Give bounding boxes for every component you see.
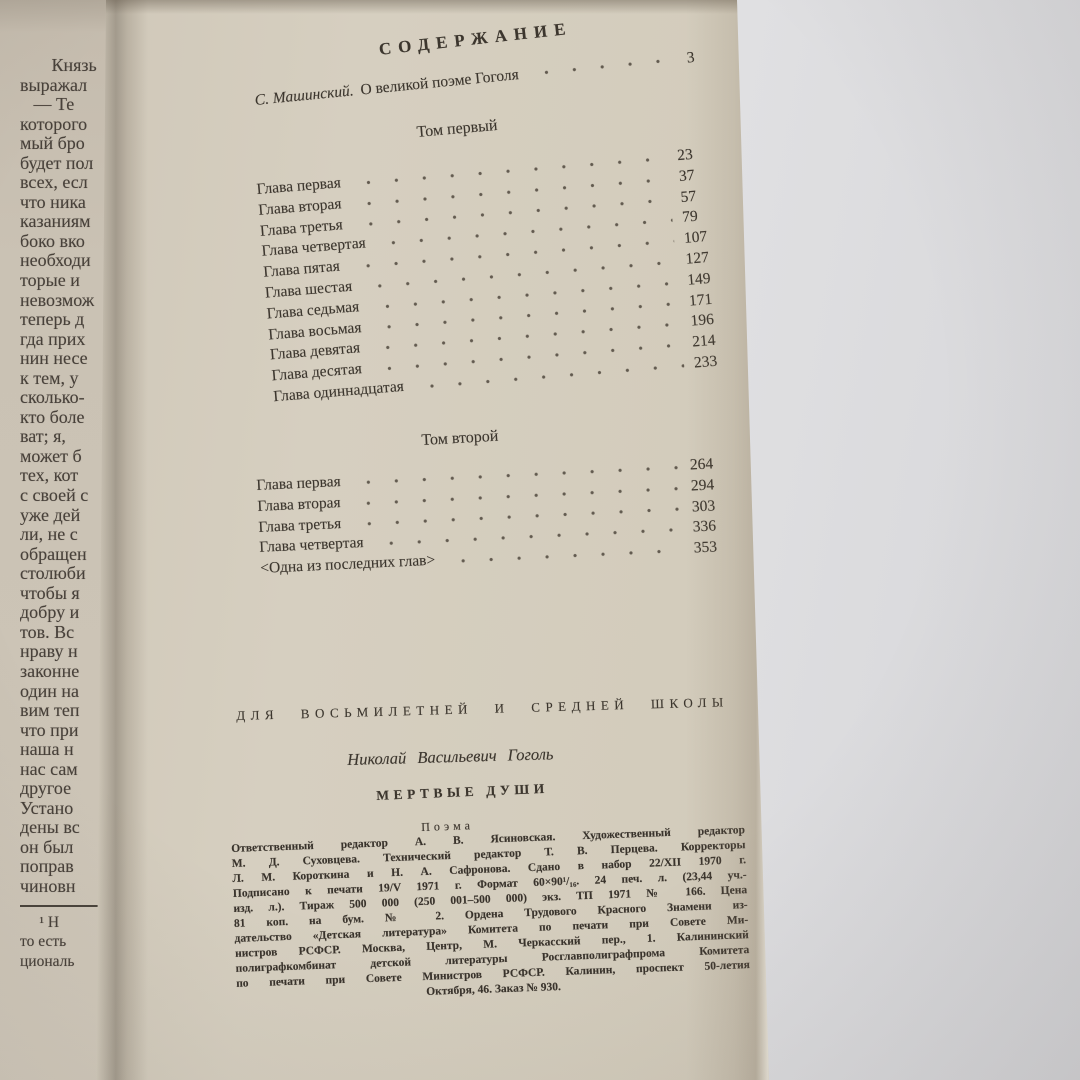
left-page-text-line: с своей с: [20, 486, 106, 506]
toc-entry-label: Глава вторая: [257, 494, 341, 516]
left-page-text-line: торые и: [20, 271, 106, 291]
left-page-text-line: столюби: [20, 564, 106, 584]
left-page-text-line: нас сам: [20, 760, 106, 780]
left-page-text-line: выражал: [20, 76, 106, 96]
left-page-text-line: Князь: [20, 56, 106, 76]
left-page-text-line: вим теп: [20, 701, 106, 721]
left-page-text-line: другое: [20, 779, 106, 799]
left-page-text-line: один на: [20, 682, 106, 702]
left-page-text-line: поправ: [20, 857, 106, 877]
left-page-footnote-line: ¹ Н: [20, 913, 106, 933]
left-page-text-line: может б: [20, 447, 106, 467]
left-page-text-line: тех, кот: [20, 466, 106, 486]
left-page-text-line: необходи: [20, 251, 106, 271]
left-page-text-line: Устано: [20, 799, 106, 819]
intro-entry-author: С. Машинский.: [254, 82, 354, 110]
footnote-divider-rule: [20, 905, 104, 907]
intro-entry-title: О великой поэме Гоголя: [360, 66, 520, 99]
left-page-text-line: он был: [20, 838, 106, 858]
left-page-text-line: ли, не с: [20, 525, 106, 545]
author-name: Николай Васильевич Гоголь: [347, 744, 554, 770]
left-page-text-line: сколько-: [20, 388, 106, 408]
dot-leader: [532, 51, 678, 83]
left-page-text-line: казаниям: [20, 212, 106, 232]
page-fore-edge-shadow: [686, 0, 778, 1080]
left-page-text-line: наша н: [20, 740, 106, 760]
left-page-text-line: будет пол: [20, 154, 106, 174]
contents-heading: СОДЕРЖАНИЕ: [378, 19, 573, 60]
left-page-text-line: нраву н: [20, 642, 106, 662]
left-page-text-line: что ника: [20, 193, 106, 213]
left-page-text-line: мый бро: [20, 134, 106, 154]
left-page-text-line: чтобы я: [20, 584, 106, 604]
contents-page: СОДЕРЖАНИЕ С. Машинский. О великой поэме…: [0, 0, 1080, 1080]
left-page-text-line: тов. Вс: [20, 623, 106, 643]
left-page-text: Князьвыражал — Текоторогомый бробудет по…: [20, 56, 106, 1056]
volume2-heading: Том второй: [421, 428, 499, 450]
left-page-text-line: невозмож: [20, 291, 106, 311]
left-page-text-line: всех, есл: [20, 173, 106, 193]
left-page-text-line: которого: [20, 115, 106, 135]
left-page-text-line: уже дей: [20, 506, 106, 526]
left-page-text-line: гда прих: [20, 330, 106, 350]
left-page-text-line: обращен: [20, 545, 106, 565]
left-page-text-line: ват; я,: [20, 427, 106, 447]
volume1-toc-list: Глава первая23Глава вторая37Глава третья…: [256, 144, 731, 409]
left-page-text-line: к тем, у: [20, 369, 106, 389]
left-page-footnote-line: циональ: [20, 952, 106, 972]
book-photo-scene: Князьвыражал — Текоторогомый бробудет по…: [0, 0, 1080, 1080]
left-page-text-line: кто боле: [20, 408, 106, 428]
left-page-text-line: теперь д: [20, 310, 106, 330]
left-page-text-line: чиновн: [20, 877, 106, 897]
volume2-toc-list: Глава первая264Глава вторая294Глава трет…: [256, 455, 730, 581]
toc-entry-label: Глава первая: [256, 473, 341, 495]
left-page-text-line: — Те: [20, 95, 106, 115]
left-page-text-line: нин несе: [20, 349, 106, 369]
intro-entry-row: С. Машинский. О великой поэме Гоголя 3: [254, 48, 706, 110]
left-page-text-line: боко вко: [20, 232, 106, 252]
audience-line: ДЛЯ ВОСЬМИЛЕТНЕЙ И СРЕДНЕЙ ШКОЛЫ: [236, 694, 729, 724]
left-page-text-line: дены вс: [20, 818, 106, 838]
left-page-text-line: законне: [20, 662, 106, 682]
toc-entry-label: Глава третья: [258, 515, 342, 537]
toc-entry-label: Глава четвертая: [259, 534, 364, 557]
left-page-footnote-line: то есть: [20, 932, 106, 952]
volume1-heading: Том первый: [416, 117, 498, 142]
colophon-block: Ответственный редактор А. В. Ясиновская.…: [231, 823, 751, 1007]
left-page-text-line: что при: [20, 721, 106, 741]
page-top-edge-shadow: [0, 0, 760, 14]
left-page-text-line: добру и: [20, 603, 106, 623]
book-title: МЕРТВЫЕ ДУШИ: [376, 781, 549, 804]
